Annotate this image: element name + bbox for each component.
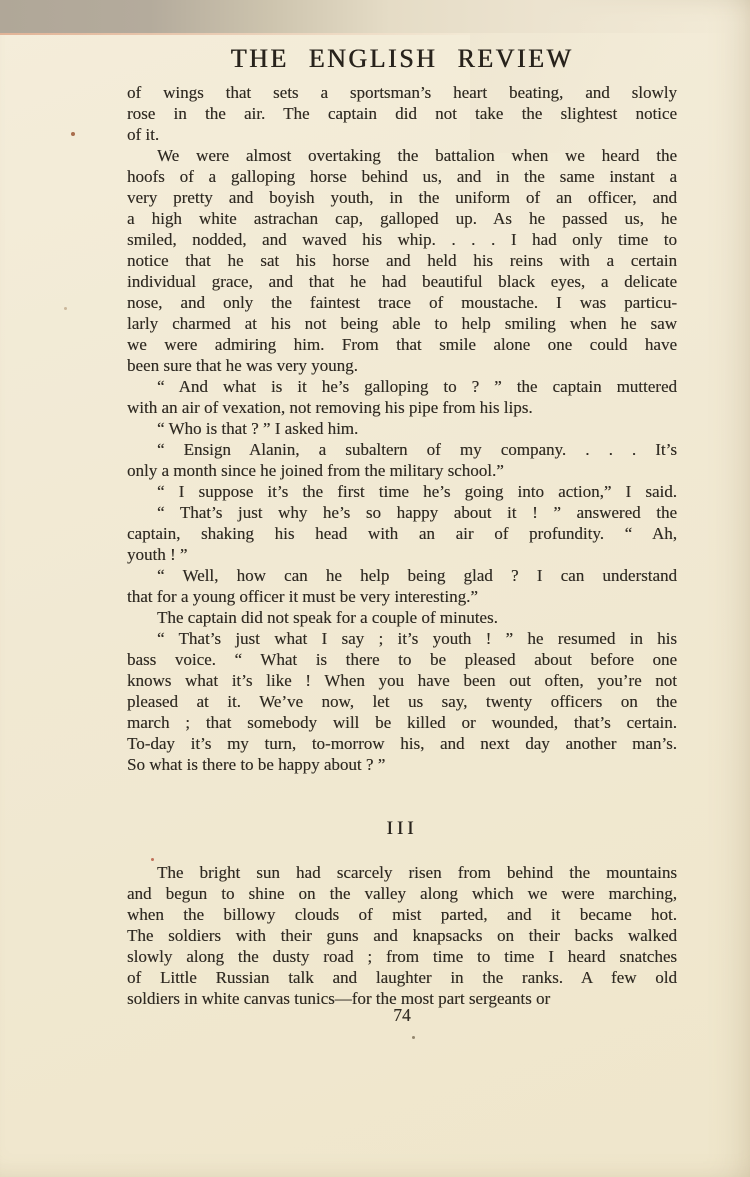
text-line: march ; that somebody will be killed or …	[127, 712, 677, 733]
page-header-title: THE ENGLISH REVIEW	[127, 44, 677, 74]
text-line: So what is there to be happy about ? ”	[127, 754, 677, 775]
text-column-upper: of wings that sets a sportsman’s heart b…	[127, 82, 677, 775]
text-line: captain, shaking his head with an air of…	[127, 523, 677, 544]
text-line: “ That’s just why he’s so happy about it…	[127, 502, 677, 523]
text-line: youth ! ”	[127, 544, 677, 565]
text-line: We were almost overtaking the battalion …	[127, 145, 677, 166]
paper-speck	[64, 307, 67, 310]
text-line: hoofs of a galloping horse behind us, an…	[127, 166, 677, 187]
text-line: rose in the air. The captain did not tak…	[127, 103, 677, 124]
paragraph: “ Who is that ? ” I asked him.	[127, 418, 677, 439]
text-line: “ Ensign Alanin, a subaltern of my compa…	[127, 439, 677, 460]
paragraph: “ That’s just why he’s so happy about it…	[127, 502, 677, 565]
scanned-page: THE ENGLISH REVIEW of wings that sets a …	[0, 0, 750, 1177]
text-line: only a month since he joined from the mi…	[127, 460, 677, 481]
paragraph: “ Ensign Alanin, a subaltern of my compa…	[127, 439, 677, 481]
text-line: The captain did not speak for a couple o…	[127, 607, 677, 628]
text-line: a high white astrachan cap, galloped up.…	[127, 208, 677, 229]
text-line: smiled, nodded, and waved his whip. . . …	[127, 229, 677, 250]
paragraph: “ That’s just what I say ; it’s youth ! …	[127, 628, 677, 775]
text-line: The soldiers with their guns and knapsac…	[127, 925, 677, 946]
text-line: very pretty and boyish youth, in the uni…	[127, 187, 677, 208]
paragraph: We were almost overtaking the battalion …	[127, 145, 677, 376]
text-line: The bright sun had scarcely risen from b…	[127, 862, 677, 883]
paper-speck	[71, 132, 75, 136]
paragraph: The bright sun had scarcely risen from b…	[127, 862, 677, 1009]
text-line: “ That’s just what I say ; it’s youth ! …	[127, 628, 677, 649]
paragraph: of wings that sets a sportsman’s heart b…	[127, 82, 677, 145]
page-content: THE ENGLISH REVIEW of wings that sets a …	[127, 0, 677, 1177]
text-line: of it.	[127, 124, 677, 145]
text-line: of Little Russian talk and laughter in t…	[127, 967, 677, 988]
paragraph: “ And what is it he’s galloping to ? ” t…	[127, 376, 677, 418]
text-line: nose, and only the faintest trace of mou…	[127, 292, 677, 313]
text-line: and begun to shine on the valley along w…	[127, 883, 677, 904]
text-line: slowly along the dusty road ; from time …	[127, 946, 677, 967]
text-line: been sure that he was very young.	[127, 355, 677, 376]
text-line: that for a young officer it must be very…	[127, 586, 677, 607]
text-line: pleased at it. We’ve now, let us say, tw…	[127, 691, 677, 712]
paper-speck	[412, 1036, 415, 1039]
text-line: when the billowy clouds of mist parted, …	[127, 904, 677, 925]
text-line: “ Well, how can he help being glad ? I c…	[127, 565, 677, 586]
text-line: To-day it’s my turn, to-morrow his, and …	[127, 733, 677, 754]
text-line: knows what it’s like ! When you have bee…	[127, 670, 677, 691]
text-line: bass voice. “ What is there to be please…	[127, 649, 677, 670]
paper-speck	[151, 858, 154, 861]
text-line: “ I suppose it’s the first time he’s goi…	[127, 481, 677, 502]
text-line: notice that he sat his horse and held hi…	[127, 250, 677, 271]
text-line: with an air of vexation, not removing hi…	[127, 397, 677, 418]
text-line: “ And what is it he’s galloping to ? ” t…	[127, 376, 677, 397]
text-column-lower: The bright sun had scarcely risen from b…	[127, 862, 677, 1009]
text-line: “ Who is that ? ” I asked him.	[127, 418, 677, 439]
text-line: individual grace, and that he had beauti…	[127, 271, 677, 292]
section-heading: III	[127, 818, 677, 840]
paragraph: The captain did not speak for a couple o…	[127, 607, 677, 628]
paragraph: “ I suppose it’s the first time he’s goi…	[127, 481, 677, 502]
text-line: of wings that sets a sportsman’s heart b…	[127, 82, 677, 103]
text-line: larly charmed at his not being able to h…	[127, 313, 677, 334]
text-line: we were admiring him. From that smile al…	[127, 334, 677, 355]
paragraph: “ Well, how can he help being glad ? I c…	[127, 565, 677, 607]
page-number: 74	[127, 1005, 677, 1026]
